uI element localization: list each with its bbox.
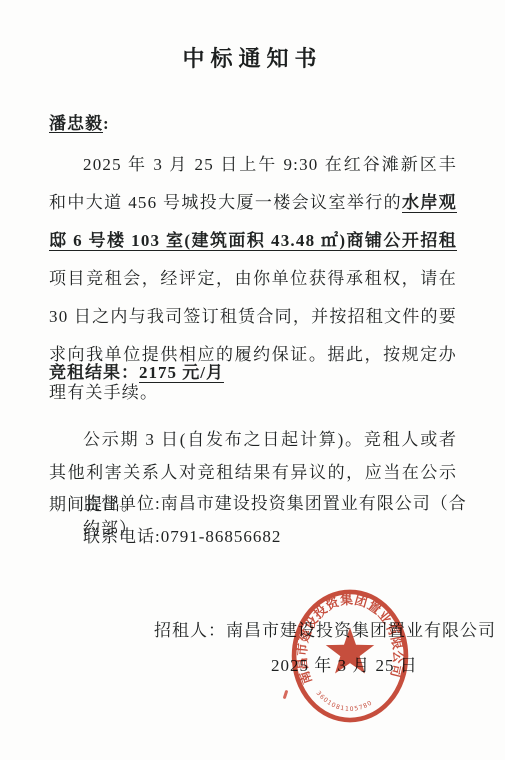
body-text-pre: 2025 年 3 月 25 日上午 9:30 在红谷滩新区丰和中大道 456 号… (49, 155, 457, 212)
stamp-ink-artifact (283, 690, 289, 699)
recipient-name: 潘忠毅 (49, 114, 103, 133)
seal-star-icon (326, 628, 374, 674)
recipient-colon: : (103, 114, 110, 133)
document-title: 中标通知书 (0, 42, 505, 73)
company-seal-stamp-icon: 南昌市建设投资集团置业有限公司 3601081105780 (289, 587, 411, 727)
recipient-line: 潘忠毅: (49, 109, 110, 134)
seal-serial-number: 3601081105780 (315, 690, 374, 713)
contact-phone-line: 联系电话:0791-86856682 (49, 522, 479, 547)
rent-result-label: 竞租结果： (49, 363, 139, 382)
bid-notice-document: 中标通知书 潘忠毅: 2025 年 3 月 25 日上午 9:30 在红谷滩新区… (0, 0, 505, 760)
rent-result-value: 2175 元/月 (139, 363, 238, 382)
rent-result-line: 竞租结果：2175 元/月 (49, 358, 238, 383)
